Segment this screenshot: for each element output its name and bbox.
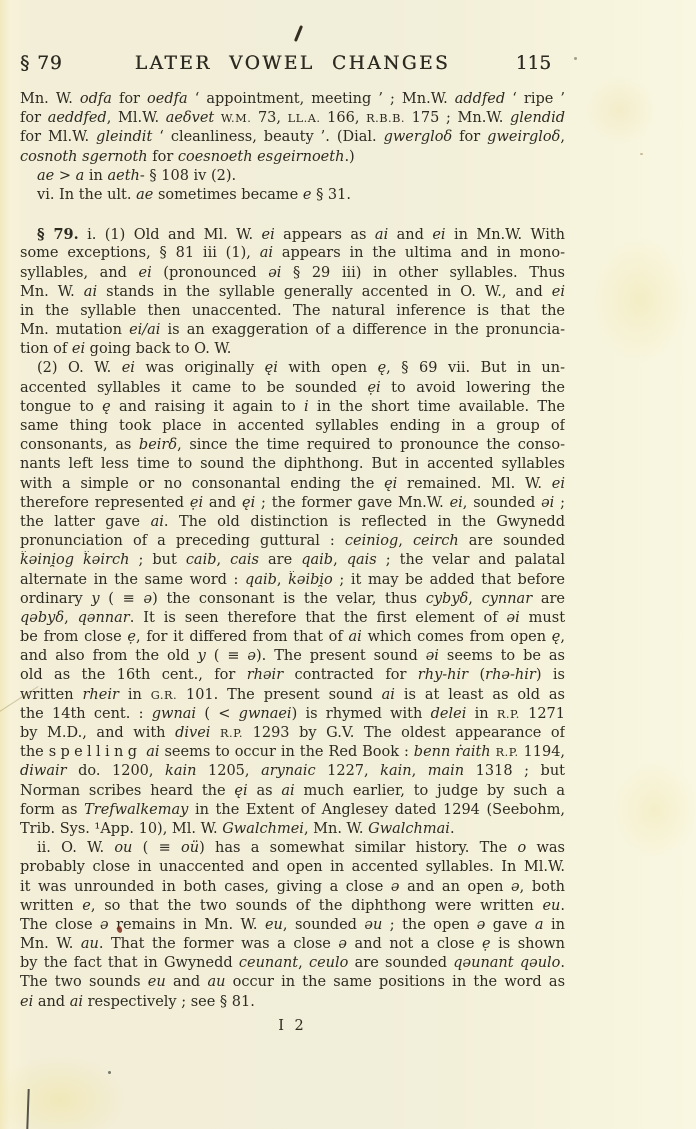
- page-edge-mark-icon: [26, 1089, 29, 1129]
- text-line: for aeddfed, Ml.W. aeδvet W.M. 73, LL.A.…: [20, 109, 565, 128]
- text-line: ae > a in aeth- § 108 iv (2).: [20, 167, 565, 186]
- text-line: Norman scribes heard the ęi as ai much e…: [20, 782, 565, 801]
- text-line: Mn. mutation ei/ai is an exaggeration of…: [20, 321, 565, 340]
- text-line: consonants, as beirδ, since the time req…: [20, 436, 565, 455]
- text-line: ei and ai respectively ; see § 81.: [20, 993, 565, 1012]
- signature-mark: I 2: [20, 1018, 565, 1034]
- text-line: the 14th cent. : gwnai ( < gwnaei) is rh…: [20, 705, 565, 724]
- paragraph: vi. In the ult. ae sometimes became e § …: [20, 186, 565, 205]
- text-line: probably close in unaccented and open in…: [20, 858, 565, 877]
- page-title: LATER VOWEL CHANGES: [20, 53, 565, 74]
- text-line: be from close ẹ, for it differed from th…: [20, 628, 565, 647]
- text-line: nants left less time to sound the diphth…: [20, 455, 565, 474]
- text-line: some exceptions, § 81 iii (1), ai appear…: [20, 244, 565, 263]
- text-line: vi. In the ult. ae sometimes became e § …: [20, 186, 565, 205]
- text-line: for Ml.W. gleindit ‘ cleanliness, beauty…: [20, 128, 565, 147]
- scan-speck-icon: [574, 57, 577, 60]
- text-line: old as the 16th cent., for rhəir contrac…: [20, 666, 565, 685]
- text-line: tongue to ę and raising it again to i in…: [20, 398, 565, 417]
- pen-mark-icon: [294, 25, 303, 42]
- paragraph: ae > a in aeth- § 108 iv (2).: [20, 167, 565, 186]
- text-line: the latter gave ai. The old distinction …: [20, 513, 565, 532]
- text-line: ii. O. W. ou ( ≡ oü) has a somewhat simi…: [20, 839, 565, 858]
- text-line: § 79. i. (1) Old and Ml. W. ei appears a…: [20, 225, 565, 244]
- text-line: Mn. W. au. That the former was a close ə…: [20, 935, 565, 954]
- page-body: Mn. W. odfa for oedfa ‘ appointment, mee…: [20, 90, 565, 1034]
- running-header: § 79 LATER VOWEL CHANGES 115: [20, 53, 565, 77]
- scan-speck-icon: [108, 1071, 111, 1074]
- paragraph: ii. O. W. ou ( ≡ oü) has a somewhat simi…: [20, 839, 565, 1012]
- text-line: with a simple or no consonantal ending t…: [20, 475, 565, 494]
- text-line: therefore represented ẹi and ęi ; the fo…: [20, 494, 565, 513]
- text-line: cosnoth sgernoth for coesnoeth esgeirnoe…: [20, 148, 565, 167]
- text-line: tion of ei going back to O. W.: [20, 340, 565, 359]
- text-line: the spelling ai seems to occur in the Re…: [20, 743, 565, 762]
- paragraph: § 79. i. (1) Old and Ml. W. ei appears a…: [20, 225, 565, 359]
- text-line: pronunciation of a preceding guttural : …: [20, 532, 565, 551]
- text-line: k̂əini̯og k̂əirch ; but caib, cais are q…: [20, 551, 565, 570]
- text-line: accented syllables it came to be sounded…: [20, 379, 565, 398]
- text-line: by the fact that in Gwynedd ceunant, ceu…: [20, 954, 565, 973]
- text-line: ordinary y ( ≡ ə) the consonant is the v…: [20, 590, 565, 609]
- paragraph: (2) O. W. ei was originally ęi with open…: [20, 359, 565, 839]
- text-line: written e, so that the two sounds of the…: [20, 897, 565, 916]
- text-line: Mn. W. odfa for oedfa ‘ appointment, mee…: [20, 90, 565, 109]
- page-number: 115: [516, 53, 551, 74]
- text-line: same thing took place in accented syllab…: [20, 417, 565, 436]
- text-line: written rheir in G.R. 101. The present s…: [20, 686, 565, 705]
- text-line: The two sounds eu and au occur in the sa…: [20, 973, 565, 992]
- text-line: in the syllable then unaccented. The nat…: [20, 302, 565, 321]
- book-page-scan: § 79 LATER VOWEL CHANGES 115 Mn. W. odfa…: [0, 0, 696, 1129]
- text-line: qəbyδ, qənnar. It is seen therefore that…: [20, 609, 565, 628]
- text-line: and also from the old y ( ≡ ə). The pres…: [20, 647, 565, 666]
- scan-speck-icon: [640, 153, 643, 155]
- text-line: diwair do. 1200, kain 1205, arynaic 1227…: [20, 762, 565, 781]
- text-line: form as Trefwalkemay in the Extent of An…: [20, 801, 565, 820]
- text-line: The close ə remains in Mn. W. eu, sounde…: [20, 916, 565, 935]
- text-line: Trib. Sys. ¹App. 10), Ml. W. Gwalchmei, …: [20, 820, 565, 839]
- paragraph: Mn. W. odfa for oedfa ‘ appointment, mee…: [20, 90, 565, 167]
- text-line: it was unrounded in both cases, giving a…: [20, 878, 565, 897]
- text-line: alternate in the same word : qaib, k̂əib…: [20, 571, 565, 590]
- text-line: syllables, and ei (pronounced əi § 29 ii…: [20, 264, 565, 283]
- text-line: (2) O. W. ei was originally ęi with open…: [20, 359, 565, 378]
- text-line: by M.D., and with divei R.P. 1293 by G.V…: [20, 724, 565, 743]
- text-line: Mn. W. ai stands in the syllable general…: [20, 283, 565, 302]
